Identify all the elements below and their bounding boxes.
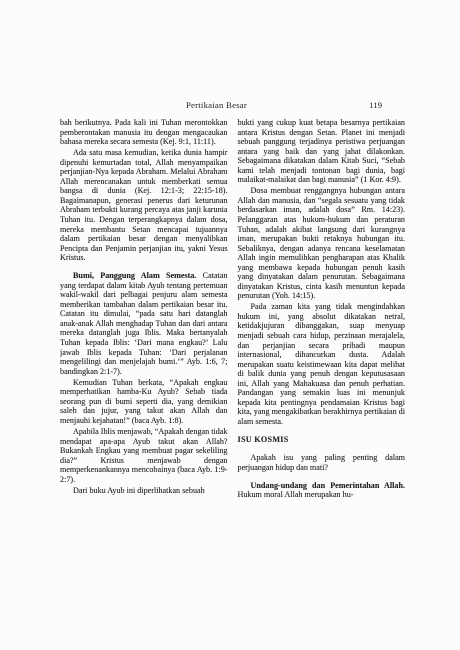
paragraph: Apabila Iblis menjawab, “Apakah dengan t…: [60, 427, 228, 484]
left-column: bah berikutnya. Pada kali ini Tuhan mero…: [60, 118, 228, 534]
paragraph-text: Catatan yang terdapat dalam kitab Ayub t…: [60, 271, 228, 375]
page-number: 119: [369, 99, 382, 111]
paragraph: Ada satu masa kemudian, ketika dunia ham…: [60, 148, 228, 263]
book-page: Pertikaian Besar 119 bah berikutnya. Pad…: [0, 0, 460, 650]
paragraph: Pada zaman kita yang tidak mengindahkan …: [238, 302, 406, 426]
section-lead-title: Bumi, Panggung Alam Semesta.: [73, 271, 196, 280]
paragraph-continuation: bah berikutnya. Pada kali ini Tuhan mero…: [60, 118, 228, 147]
paragraph: Dari buku Ayub ini diperlihatkan sebuah: [60, 486, 228, 496]
section-lead-paragraph: Bumi, Panggung Alam Semesta. Catatan yan…: [60, 271, 228, 376]
paragraph-text: Hukum moral Allah merupakan hu-: [238, 490, 354, 499]
section-lead-paragraph: Undang-undang dan Pemerintahan Allah. Hu…: [238, 481, 406, 500]
right-column: bukti yang cukup kuat betapa besarnya pe…: [238, 118, 406, 534]
section-lead-title: Undang-undang dan Pemerintahan Allah.: [251, 481, 406, 490]
running-title: Pertikaian Besar: [44, 99, 389, 111]
text-columns: bah berikutnya. Pada kali ini Tuhan mero…: [60, 118, 405, 534]
paragraph-continuation: bukti yang cukup kuat betapa besarnya pe…: [238, 118, 406, 185]
section-heading: ISU KOSMIS: [238, 435, 406, 445]
paragraph: Dosa membuat renggangnya hubungan antara…: [238, 186, 406, 301]
page-header: Pertikaian Besar 119: [60, 99, 405, 111]
paragraph: Kemudian Tuhan berkata, “Apakah engkau m…: [60, 378, 228, 426]
paragraph: Apakah isu yang paling penting dalam per…: [238, 453, 406, 472]
